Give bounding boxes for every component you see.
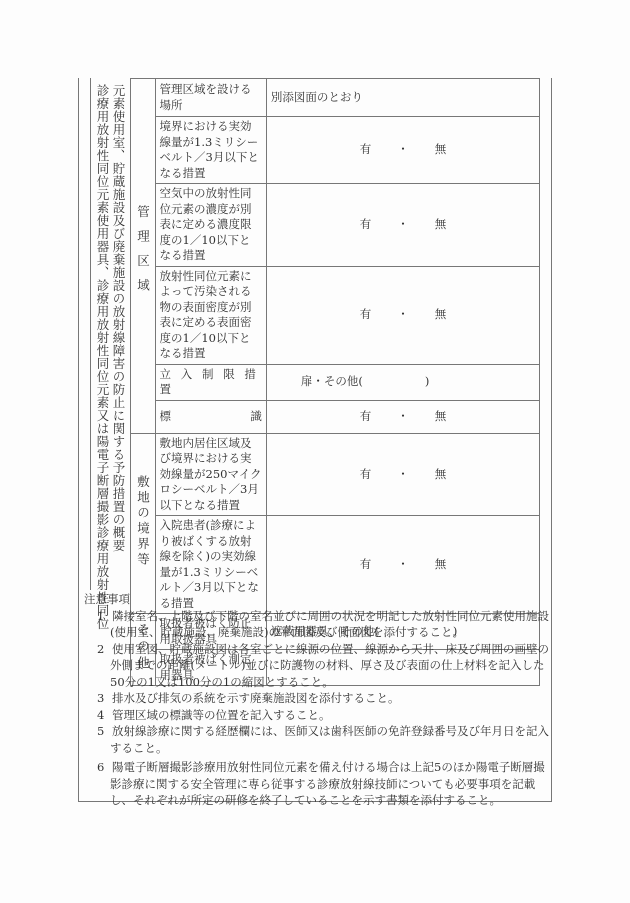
table-row: 空気中の放射性同位元素の濃度が別表に定める濃度限度の1／10以下となる措置 有・… (131, 184, 540, 267)
table-row: 境界における実効線量が1.3ミリシーベルト／3月以下となる措置 有・無 (131, 117, 540, 184)
no-option[interactable]: 無 (435, 142, 447, 158)
row-label: 管理区域を設ける場所 (155, 79, 266, 117)
table-row: 立入制限措置 扉・その他() (131, 364, 540, 400)
no-option[interactable]: 無 (435, 217, 447, 233)
yes-no-field[interactable]: 有・無 (266, 400, 539, 433)
side-title-line1: 元素使用室、貯蔵施設及び廃棄施設の放射線障害の防止に関する予防措置の概要 (110, 84, 126, 552)
table-row: 管理区域 管理区域を設ける場所 別添図面のとおり (131, 79, 540, 117)
note-item: 4管理区域の標識等の位置を記入すること。 (88, 707, 550, 724)
yes-option[interactable]: 有 (360, 409, 372, 425)
yes-option[interactable]: 有 (360, 557, 372, 573)
separator: ・ (397, 557, 409, 573)
row-label: 標識 (155, 400, 266, 433)
no-option[interactable]: 無 (435, 557, 447, 573)
group-shikichi-kyokai: 敷地の境界等 (131, 433, 156, 614)
note-item: 5放射線診療に関する経歴欄には、医師又は歯科医師の免許登録番号及び年月日を記入す… (88, 723, 550, 756)
yes-no-field[interactable]: 有・無 (266, 117, 539, 184)
outer-frame-left-border (78, 78, 79, 801)
row-label: 立入制限措置 (155, 364, 266, 400)
table-row: 放射性同位元素によって汚染される物の表面密度が別表に定める表面密度の1／10以下… (131, 266, 540, 364)
note-item: 3排水及び排気の系統を示す廃棄施設図を添付すること。 (88, 690, 550, 707)
note-item: 1隣接室名、上階及び下階の室名並びに周囲の状況を明記した放射性同位元素使用施設(… (88, 608, 550, 641)
row-label: 空気中の放射性同位元素の濃度が別表に定める濃度限度の1／10以下となる措置 (155, 184, 266, 267)
entry-restriction-field[interactable]: 扉・その他() (266, 364, 539, 400)
notes-heading: 注意事項 (84, 591, 550, 608)
yes-option[interactable]: 有 (360, 217, 372, 233)
note-item: 2使用室図、貯蔵施設図は各室ごとに線源の位置、線源から天井、床及び周囲の画壁の外… (88, 641, 550, 691)
row-label: 境界における実効線量が1.3ミリシーベルト／3月以下となる措置 (155, 117, 266, 184)
separator: ・ (397, 217, 409, 233)
row-value: 別添図面のとおり (266, 79, 539, 117)
yes-no-field[interactable]: 有・無 (266, 433, 539, 516)
no-option[interactable]: 無 (435, 467, 447, 483)
notes-section: 注意事項 1隣接室名、上階及び下階の室名並びに周囲の状況を明記した放射性同位元素… (84, 591, 550, 809)
row-label: 敷地内居住区域及び境界における実効線量が250マイクロシーベルト／3月以下となる… (155, 433, 266, 516)
separator: ・ (397, 467, 409, 483)
outer-frame-right-border (551, 78, 552, 801)
yes-option[interactable]: 有 (360, 307, 372, 323)
row-label: 放射性同位元素によって汚染される物の表面密度が別表に定める表面密度の1／10以下… (155, 266, 266, 364)
note-item: 6陽電子断層撮影診療用放射性同位元素を備え付ける場合は上記5のほか陽電子断層撮影… (88, 759, 550, 809)
yes-option[interactable]: 有 (360, 467, 372, 483)
no-option[interactable]: 無 (435, 409, 447, 425)
separator: ・ (397, 307, 409, 323)
table-row: 標識 有・無 (131, 400, 540, 433)
side-title-line2: 診療用放射性同位元素使用器具、診療用放射性同位元素又は陽電子断層撮影診療用放射性… (94, 84, 110, 630)
separator: ・ (397, 142, 409, 158)
yes-no-field[interactable]: 有・無 (266, 184, 539, 267)
yes-option[interactable]: 有 (360, 142, 372, 158)
group-kanri-kuiki: 管理区域 (131, 79, 156, 434)
inner-left-border (90, 78, 91, 590)
no-option[interactable]: 無 (435, 307, 447, 323)
table-row: 敷地の境界等 敷地内居住区域及び境界における実効線量が250マイクロシーベルト／… (131, 433, 540, 516)
separator: ・ (397, 409, 409, 425)
yes-no-field[interactable]: 有・無 (266, 266, 539, 364)
